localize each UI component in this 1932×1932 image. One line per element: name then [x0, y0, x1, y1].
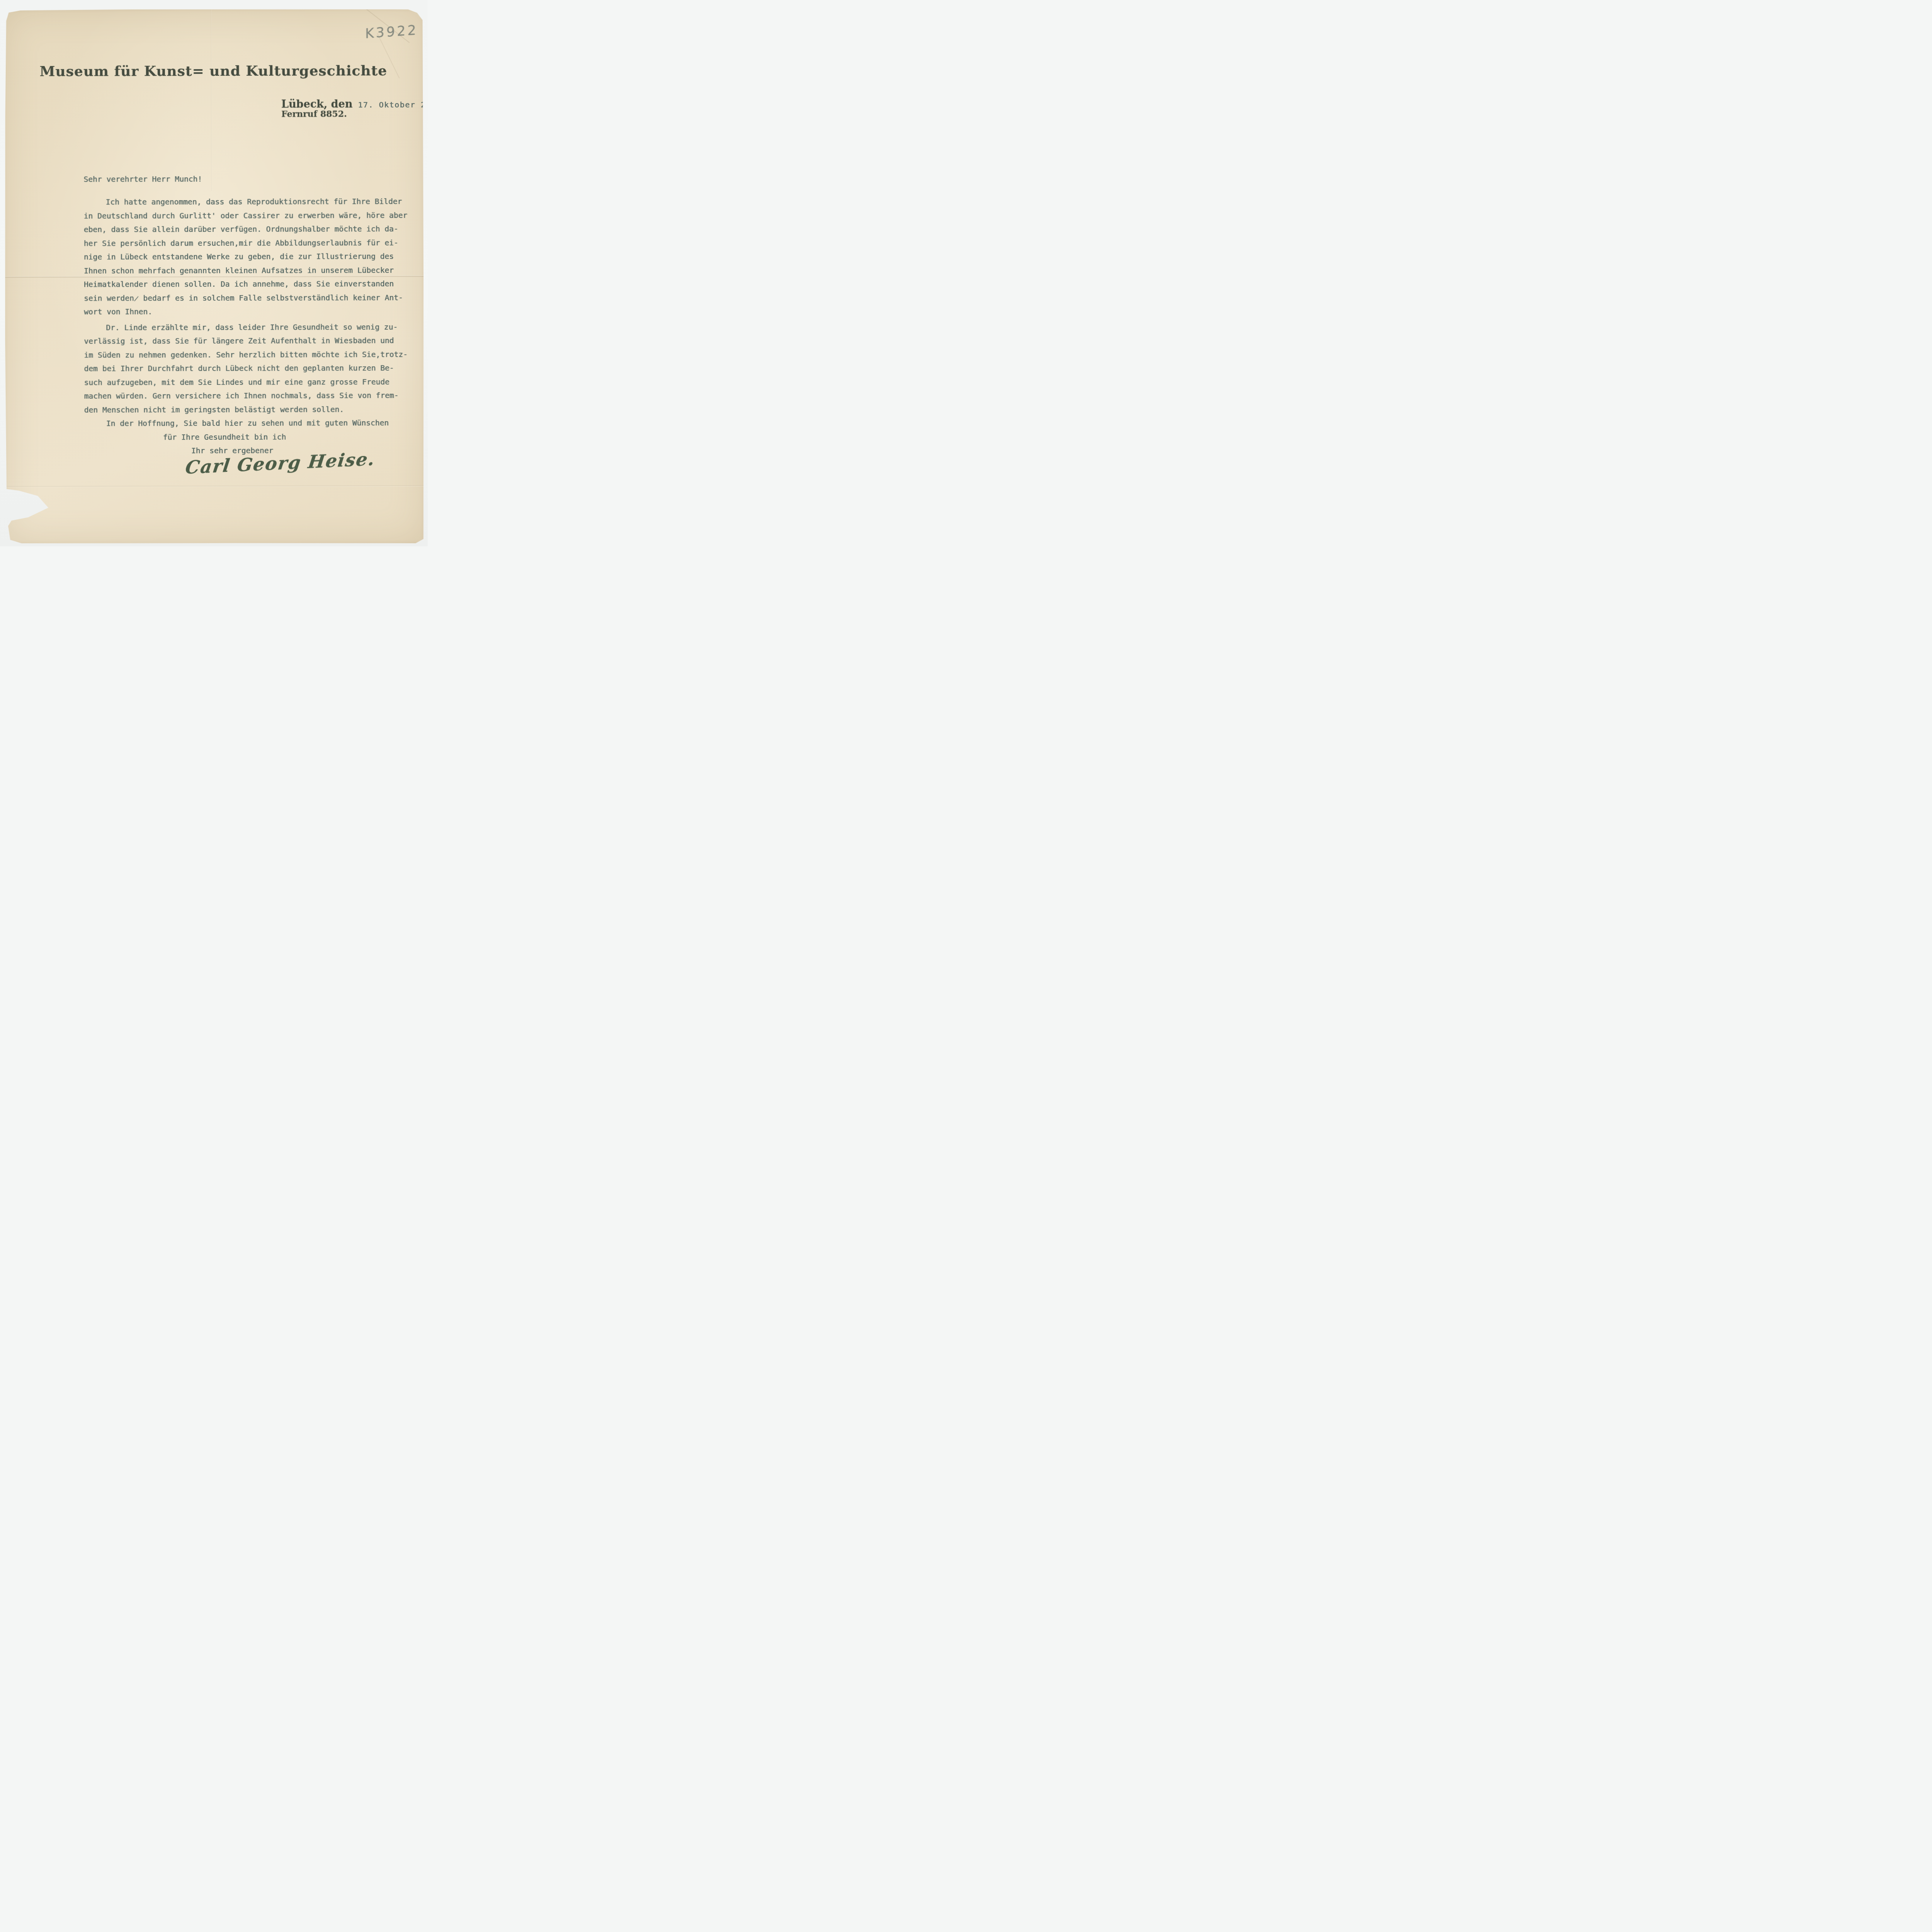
body-line: such aufzugeben, mit dem Sie Lindes und … [84, 375, 420, 389]
body-line: dem bei Ihrer Durchfahrt durch Lübeck ni… [84, 361, 420, 376]
fold-crease-horizontal-lower [5, 485, 424, 487]
body-line: wort von Ihnen. [84, 304, 420, 319]
dateline-place-printed: Lübeck, den [281, 98, 352, 110]
body-line: Ich hatte angenommen, dass das Reprodukt… [84, 195, 420, 209]
dateline: Lübeck, den17. Oktober 25 [281, 98, 428, 111]
body-line: nige in Lübeck entstandene Werke zu gebe… [84, 250, 420, 264]
closing-line: für Ihre Gesundheit bin ich [84, 430, 420, 444]
letterhead-title: Museum für Kunst= und Kulturgeschichte [4, 63, 423, 80]
body-line: den Menschen nicht im geringsten belästi… [84, 402, 420, 417]
fold-crease-vertical [211, 9, 212, 191]
body-line: sein werden̷ bedarf es in solchem Falle … [84, 291, 420, 305]
body-line: Dr. Linde erzählte mir, dass leider Ihre… [84, 320, 420, 334]
body-line: Heimatkalender dienen sollen. Da ich ann… [84, 277, 420, 291]
letterhead-phone: Fernruf 8852. [281, 109, 347, 119]
body-line: in Deutschland durch Gurlitt' oder Cassi… [84, 208, 420, 223]
closing-line: In der Hoffnung, Sie bald hier zu sehen … [84, 416, 420, 430]
body-line: verlässig ist, dass Sie für längere Zeit… [84, 334, 420, 348]
catalog-number-annotation: K3922 [365, 22, 418, 42]
letter-body: Ich hatte angenommen, dass das Reprodukt… [84, 195, 420, 458]
dateline-date-typed: 17. Oktober 25 [358, 100, 428, 109]
salutation: Sehr verehrter Herr Munch! [83, 175, 202, 184]
body-line: eben, dass Sie allein darüber verfügen. … [84, 222, 420, 236]
body-line: her Sie persönlich darum ersuchen,mir di… [84, 236, 420, 250]
letter-paper: K3922 Museum für Kunst= und Kulturgeschi… [4, 9, 424, 544]
body-line: im Süden zu nehmen gedenken. Sehr herzli… [84, 347, 420, 362]
body-line: machen würden. Gern versichere ich Ihnen… [84, 389, 420, 403]
body-line: Ihnen schon mehrfach genannten kleinen A… [84, 263, 420, 277]
